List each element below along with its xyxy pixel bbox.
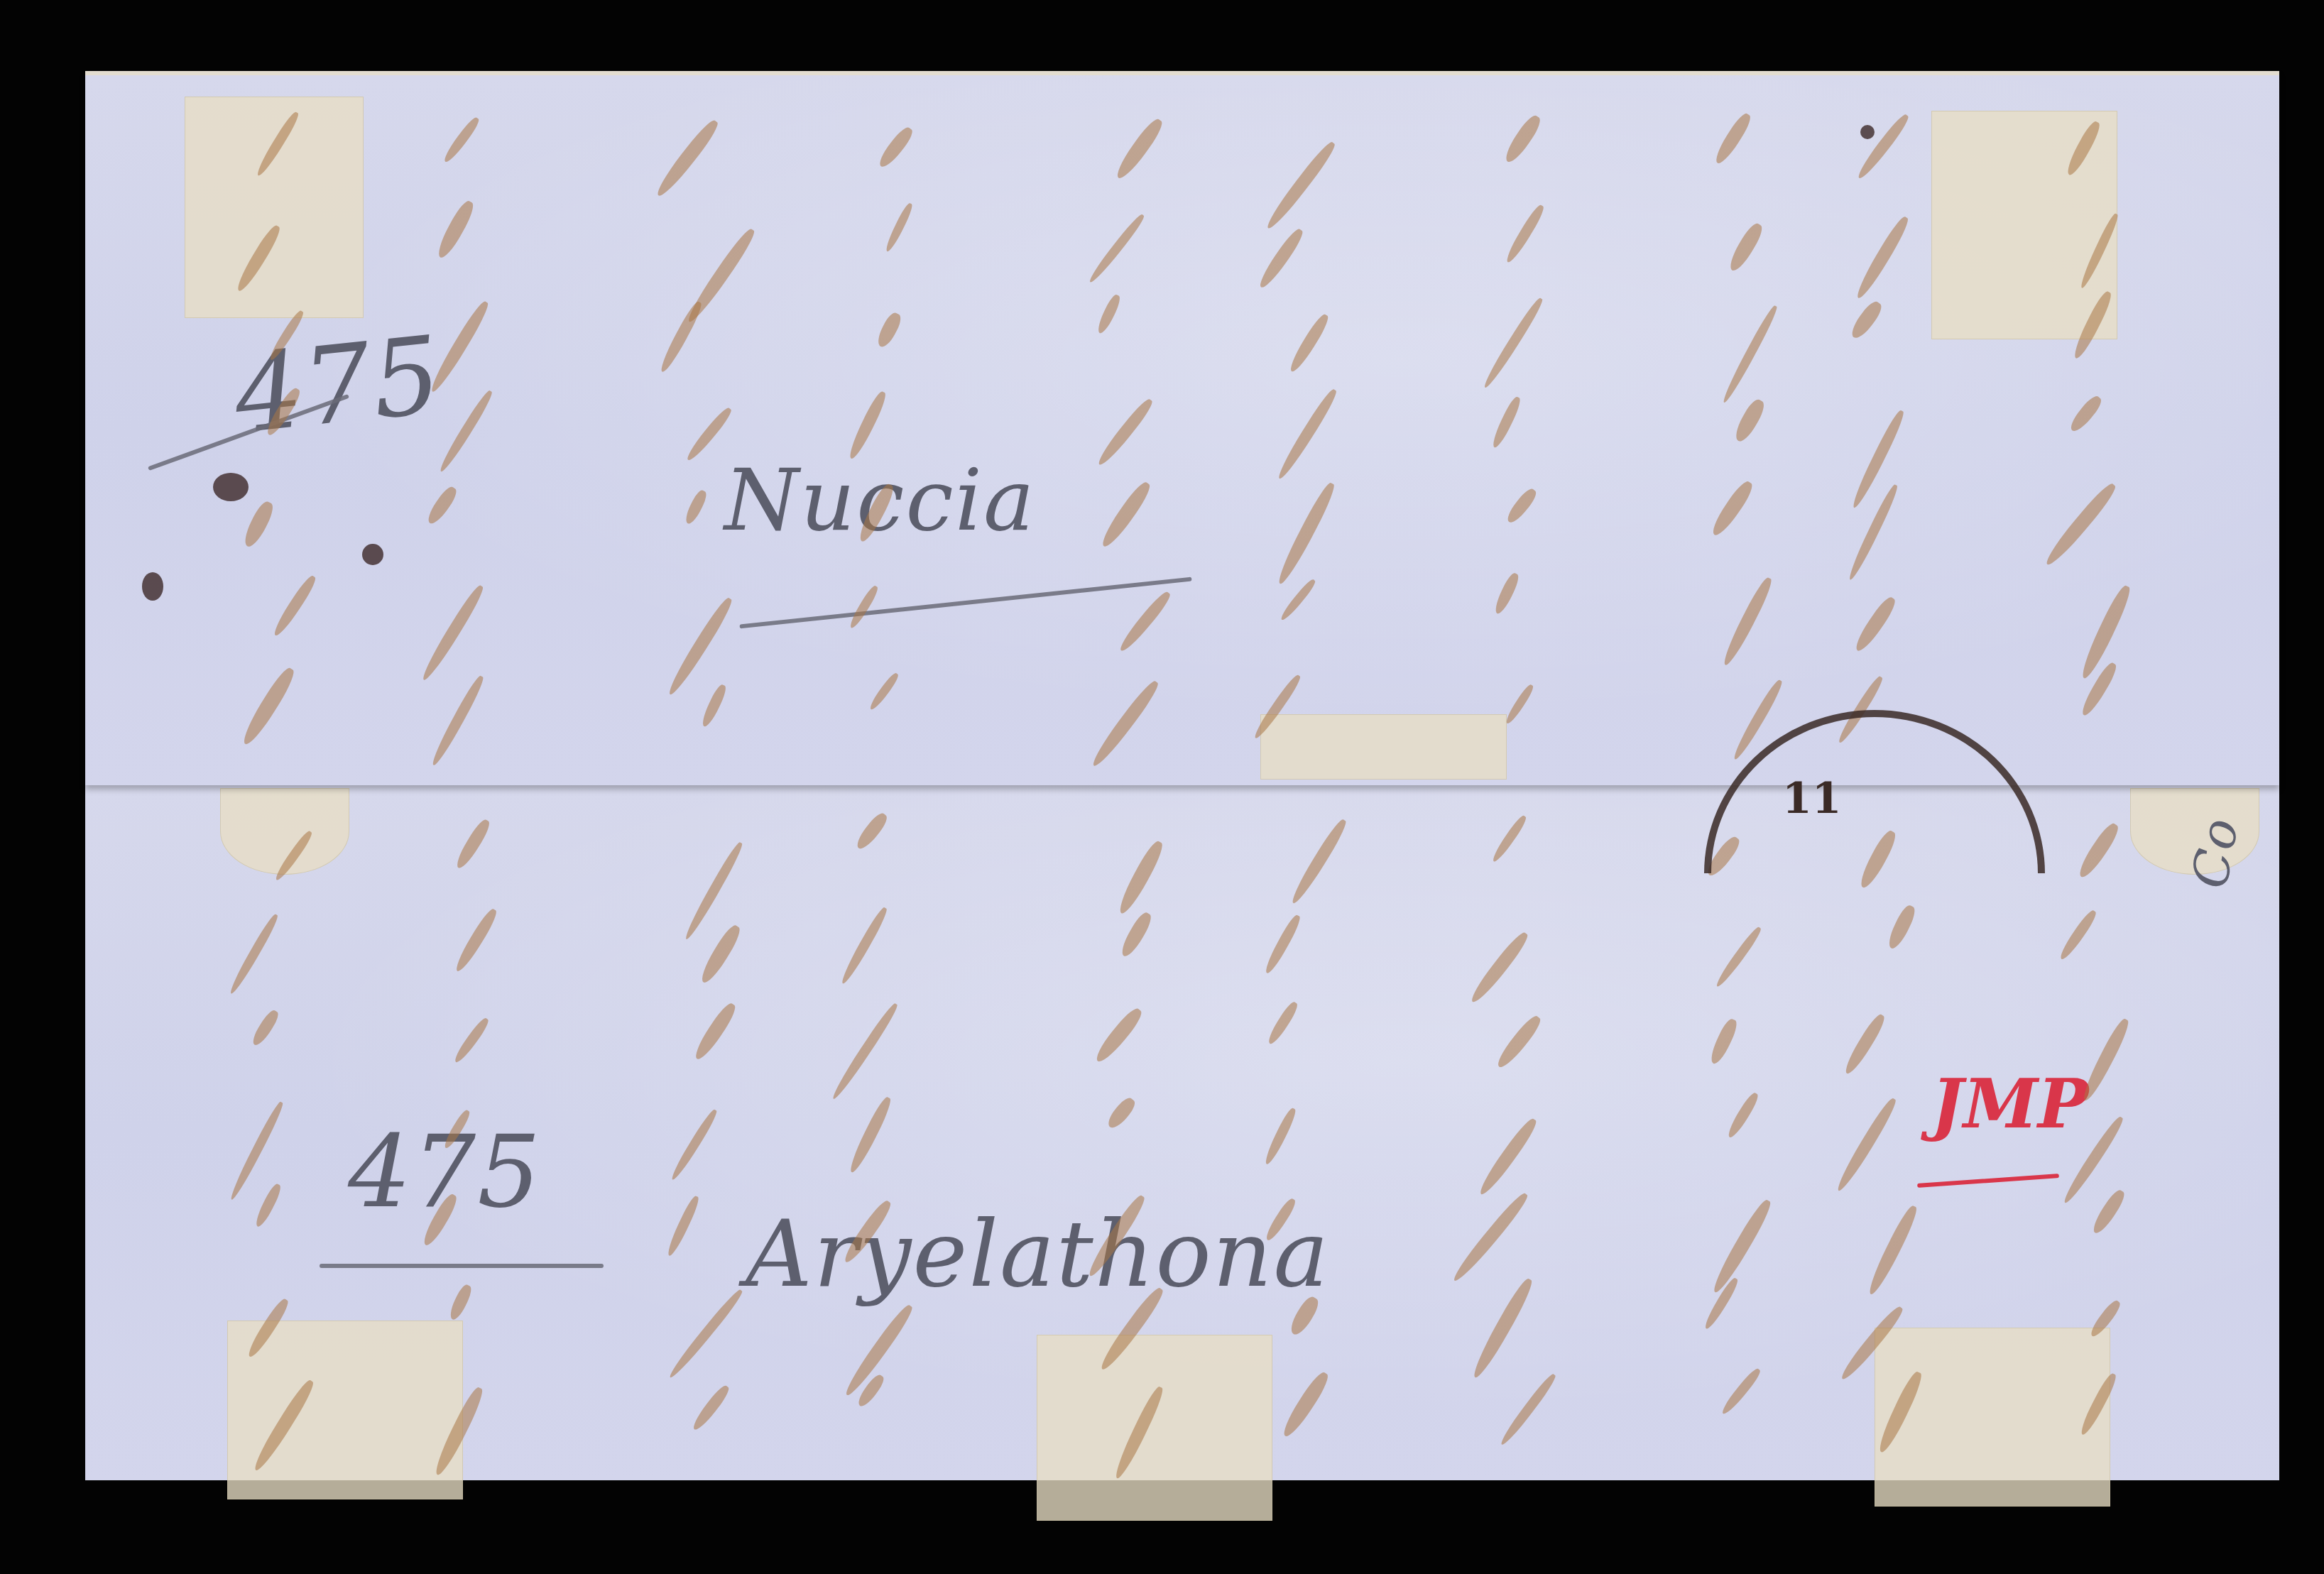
ink-bleed-stroke [1263,139,1338,232]
ink-bleed-stroke [876,124,916,170]
ink-bleed-stroke [239,665,298,748]
ink-bleed-stroke [839,905,890,985]
ink-bleed-stroke [667,1287,746,1380]
ink-bleed-stroke [1115,838,1167,917]
ink-bleed-stroke [699,683,729,728]
ink-bleed-stroke [429,674,486,767]
ink-bleed-stroke [1852,594,1899,655]
ink-bleed-stroke [2057,908,2099,962]
ink-bleed-stroke [1494,1013,1544,1071]
ink-bleed-stroke [1092,1005,1145,1066]
ink-bleed-stroke [1275,387,1340,481]
ink-bleed-stroke [1089,678,1162,770]
pencil-underline-bottom [320,1264,604,1268]
ink-bleed-stroke [2079,1017,2132,1104]
ink-bleed-stroke [241,498,277,550]
ink-bleed-stroke [1855,112,1911,182]
ink-bleed-stroke [1278,577,1317,622]
ink-bleed-stroke [1865,1203,1921,1297]
ink-bleed-stroke [853,810,890,853]
ink-bleed-stroke [1502,113,1544,165]
ink-bleed-stroke [1274,481,1338,587]
ink-bleed-stroke [253,1182,283,1229]
ink-bleed-stroke [442,116,481,165]
stain [362,544,383,565]
ink-bleed-stroke [1498,1372,1559,1448]
ink-bleed-stroke [874,310,904,350]
ink-bleed-stroke [419,583,487,683]
hinge-bottom-center [1037,1335,1272,1521]
ink-bleed-stroke [1732,396,1767,444]
ink-bleed-stroke [690,1383,732,1433]
ink-bleed-stroke [1490,395,1523,450]
ink-bleed-stroke [453,817,493,871]
ink-bleed-stroke [1086,212,1146,285]
ink-bleed-stroke [452,1016,491,1065]
hinge-bottom-right [1875,1328,2110,1507]
ink-bleed-stroke [1262,914,1303,975]
ink-bleed-stroke [1885,903,1919,951]
ink-bleed-stroke [829,1001,900,1101]
ink-bleed-stroke [668,1108,719,1182]
pencil-number-top: 475 [229,313,448,458]
ink-bleed-stroke [665,595,736,697]
letter-sheet: 475 Nuccia 475 Aryelathona JMP Co 11 [85,71,2279,1480]
stain [213,473,249,501]
ink-bleed-stroke [1833,1096,1899,1194]
top-fold-panel: 475 Nuccia [85,71,2279,785]
ink-bleed-stroke [658,300,704,374]
ink-bleed-stroke [1095,293,1123,336]
ink-bleed-stroke [424,484,459,527]
ink-bleed-stroke [1720,305,1780,405]
ink-bleed-stroke [1849,408,1907,510]
hinge-top-left [185,97,364,318]
ink-bleed-stroke [847,584,880,630]
ink-bleed-stroke [1450,1190,1532,1284]
red-crayon-underline [1917,1174,2059,1188]
ink-bleed-stroke [1255,226,1306,291]
ink-bleed-stroke [1503,203,1547,266]
ink-bleed-stroke [682,488,709,526]
ink-bleed-stroke [2067,393,2104,435]
pencil-underline-place [739,577,1191,629]
ink-bleed-stroke [1118,909,1155,959]
ink-bleed-stroke [2090,1187,2128,1236]
red-crayon-mark: JMP [1931,1065,2089,1144]
ink-bleed-stroke [1708,1017,1740,1066]
hinge-bottom-left [227,1321,463,1499]
ink-bleed-stroke [250,1008,282,1049]
ink-bleed-stroke [1287,312,1331,375]
ink-bleed-stroke [867,671,900,711]
stain [1860,125,1875,139]
hinge-top-center-bottom [1260,714,1507,780]
ink-bleed-stroke [1709,1197,1774,1296]
bottom-fold-panel: 475 Aryelathona JMP Co [85,781,2279,1480]
ink-bleed-stroke [2041,481,2119,569]
ink-bleed-stroke [1720,1367,1763,1417]
ink-bleed-stroke [447,1283,474,1323]
ink-bleed-stroke [1725,1091,1761,1140]
ink-bleed-stroke [846,1095,894,1175]
ink-bleed-stroke [1095,396,1156,469]
ink-bleed-stroke [1467,929,1531,1006]
ink-bleed-stroke [1848,299,1885,342]
ink-bleed-stroke [1481,296,1546,390]
ink-bleed-stroke [1841,1012,1888,1077]
ink-bleed-stroke [1265,1000,1300,1046]
ink-bleed-stroke [692,1000,740,1063]
ink-bleed-stroke [883,202,915,253]
ink-bleed-stroke [1289,816,1350,905]
postmark-text: 11 [1782,774,1842,824]
ink-bleed-stroke [1725,221,1766,275]
ink-bleed-stroke [1113,116,1167,182]
ink-bleed-stroke [1490,814,1529,864]
ink-bleed-stroke [1493,571,1522,615]
ink-bleed-stroke [653,117,721,200]
ink-bleed-stroke [1712,111,1755,166]
ink-bleed-stroke [434,198,477,261]
ink-bleed-stroke [1098,479,1154,551]
ink-bleed-stroke [1469,1277,1536,1382]
stain [142,572,163,601]
ink-bleed-stroke [1713,925,1763,989]
ink-bleed-stroke [452,907,500,974]
ink-bleed-stroke [697,922,744,986]
ink-bleed-stroke [1503,683,1535,726]
ink-bleed-stroke [1279,1370,1332,1441]
ink-bleed-stroke [1262,1107,1299,1167]
ink-bleed-stroke [1117,589,1173,654]
ink-bleed-stroke [1475,1115,1540,1198]
ink-bleed-stroke [1720,575,1775,667]
ink-bleed-stroke [2075,820,2122,880]
ink-bleed-stroke [1853,214,1911,301]
pencil-place-name-bottom: Aryelathona [746,1200,1330,1308]
ink-bleed-stroke [1505,486,1539,525]
ink-bleed-stroke [1708,479,1757,539]
ink-bleed-stroke [227,912,280,995]
ink-bleed-stroke [1845,483,1900,581]
ink-bleed-stroke [846,390,889,461]
edge-mark: Co [2181,813,2250,892]
ink-bleed-stroke [271,573,320,638]
ink-bleed-stroke [1104,1095,1138,1132]
ink-bleed-stroke [665,1194,702,1257]
